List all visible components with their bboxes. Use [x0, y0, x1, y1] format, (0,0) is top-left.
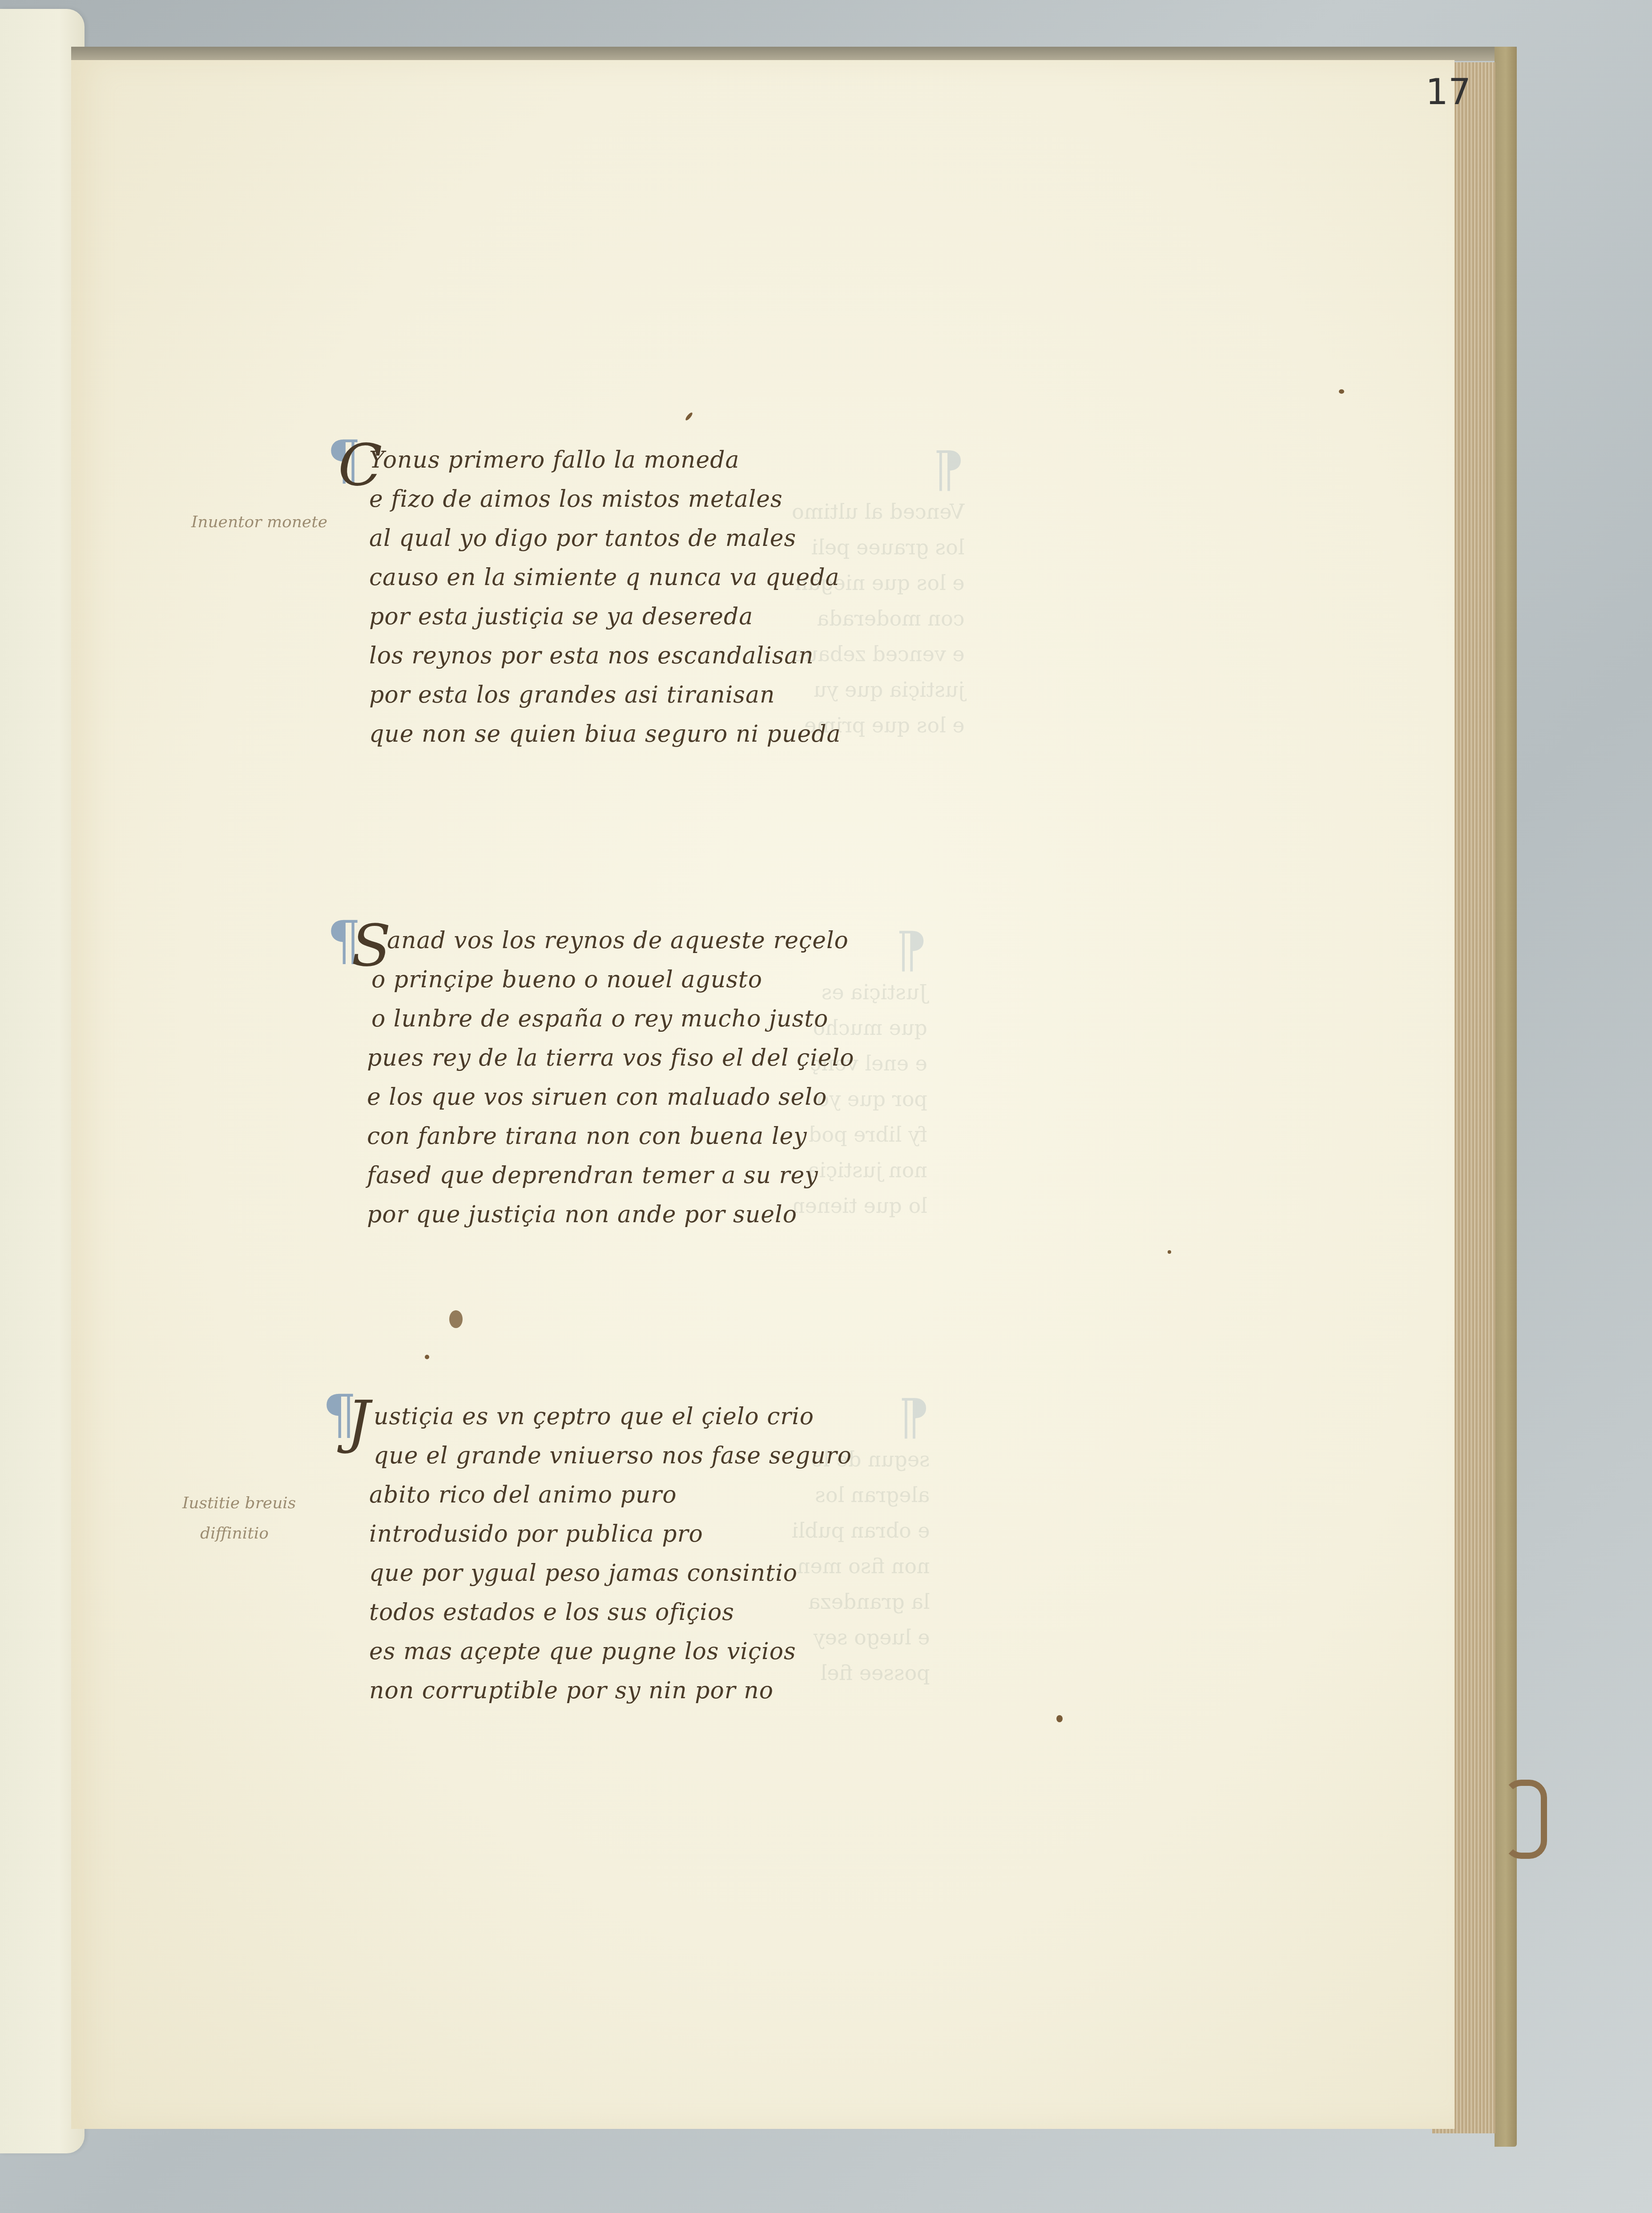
verse-line: todos estados e los sus ofiçios: [369, 1593, 852, 1632]
verse-line: que por ygual peso jamas consintio: [369, 1554, 852, 1593]
verse-line: Yonus primero fallo la moneda: [369, 440, 841, 480]
ink-blot: [449, 1310, 463, 1328]
verse-line: por esta justiçia se ya deseredа: [369, 597, 841, 636]
verse-line: es mas açepte que pugne los viçios: [369, 1632, 852, 1671]
verse-line: e los que vos siruen con maluado selo: [367, 1078, 854, 1117]
verse-line: fased que deprendran temer a su rey: [367, 1156, 854, 1195]
verse-line: al qual yo digo por tantos de males: [369, 519, 841, 558]
marginal-note-line: diffinitio: [200, 1518, 296, 1549]
marginal-note-inventor: Inuentor monete: [191, 507, 327, 537]
verse-line: introdusido por publica pro: [369, 1514, 852, 1554]
book-tie-strap: [1503, 1780, 1547, 1859]
ink-spot: [425, 1355, 429, 1359]
stanza-3: ustiçia es vn çeptro que el çielo crio q…: [374, 1397, 852, 1710]
verse-line: o lunbre de españa o rey mucho justo: [371, 999, 854, 1038]
verse-line: o prinçipe bueno o nouel agusto: [371, 960, 854, 999]
folio-number: 17: [1426, 71, 1471, 113]
verse-line: que el grande vniuerso nos fase seguro: [374, 1436, 852, 1475]
book-cover-top-edge: [71, 47, 1517, 61]
verse-line: non corruptible por sy nin por no: [369, 1671, 852, 1710]
verse-line: abito rico del animo puro: [369, 1475, 852, 1514]
verse-line: causo en la simiente q nunca va queda: [369, 558, 841, 597]
marginal-note-justice-definition: Iustitie breuis diffinitio: [182, 1488, 296, 1549]
ink-spot: [1168, 1250, 1171, 1254]
ink-spot: [1339, 389, 1344, 394]
initial-capital: J: [347, 1393, 370, 1450]
verse-line: con fanbre tirana non con buena ley: [367, 1117, 854, 1156]
verse-line: e fizo de aimos los mistos metales: [369, 480, 841, 519]
verse-line: que non se quien biua seguro ni pueda: [369, 715, 841, 754]
stanza-1: Yonus primero fallo la moneda e fizo de …: [369, 440, 841, 754]
ink-spot: [1056, 1715, 1063, 1722]
marginal-note-line: Inuentor monete: [191, 507, 327, 537]
verse-line: ustiçia es vn çeptro que el çielo crio: [374, 1397, 852, 1436]
verse-line: por que justiçia non ande por suelo: [367, 1195, 854, 1234]
verse-line: pues rey de la tierra vos fiso el del çi…: [367, 1038, 854, 1078]
verse-line: los reynos por esta nos escandalisan: [369, 636, 841, 675]
marginal-note-line: Iustitie breuis: [182, 1488, 296, 1518]
stanza-2: anad vos los reynos de aqueste reçelo o …: [387, 921, 854, 1234]
verse-line: anad vos los reynos de aqueste reçelo: [387, 921, 854, 960]
verse-line: por esta los grandes asi tiranisan: [369, 675, 841, 715]
